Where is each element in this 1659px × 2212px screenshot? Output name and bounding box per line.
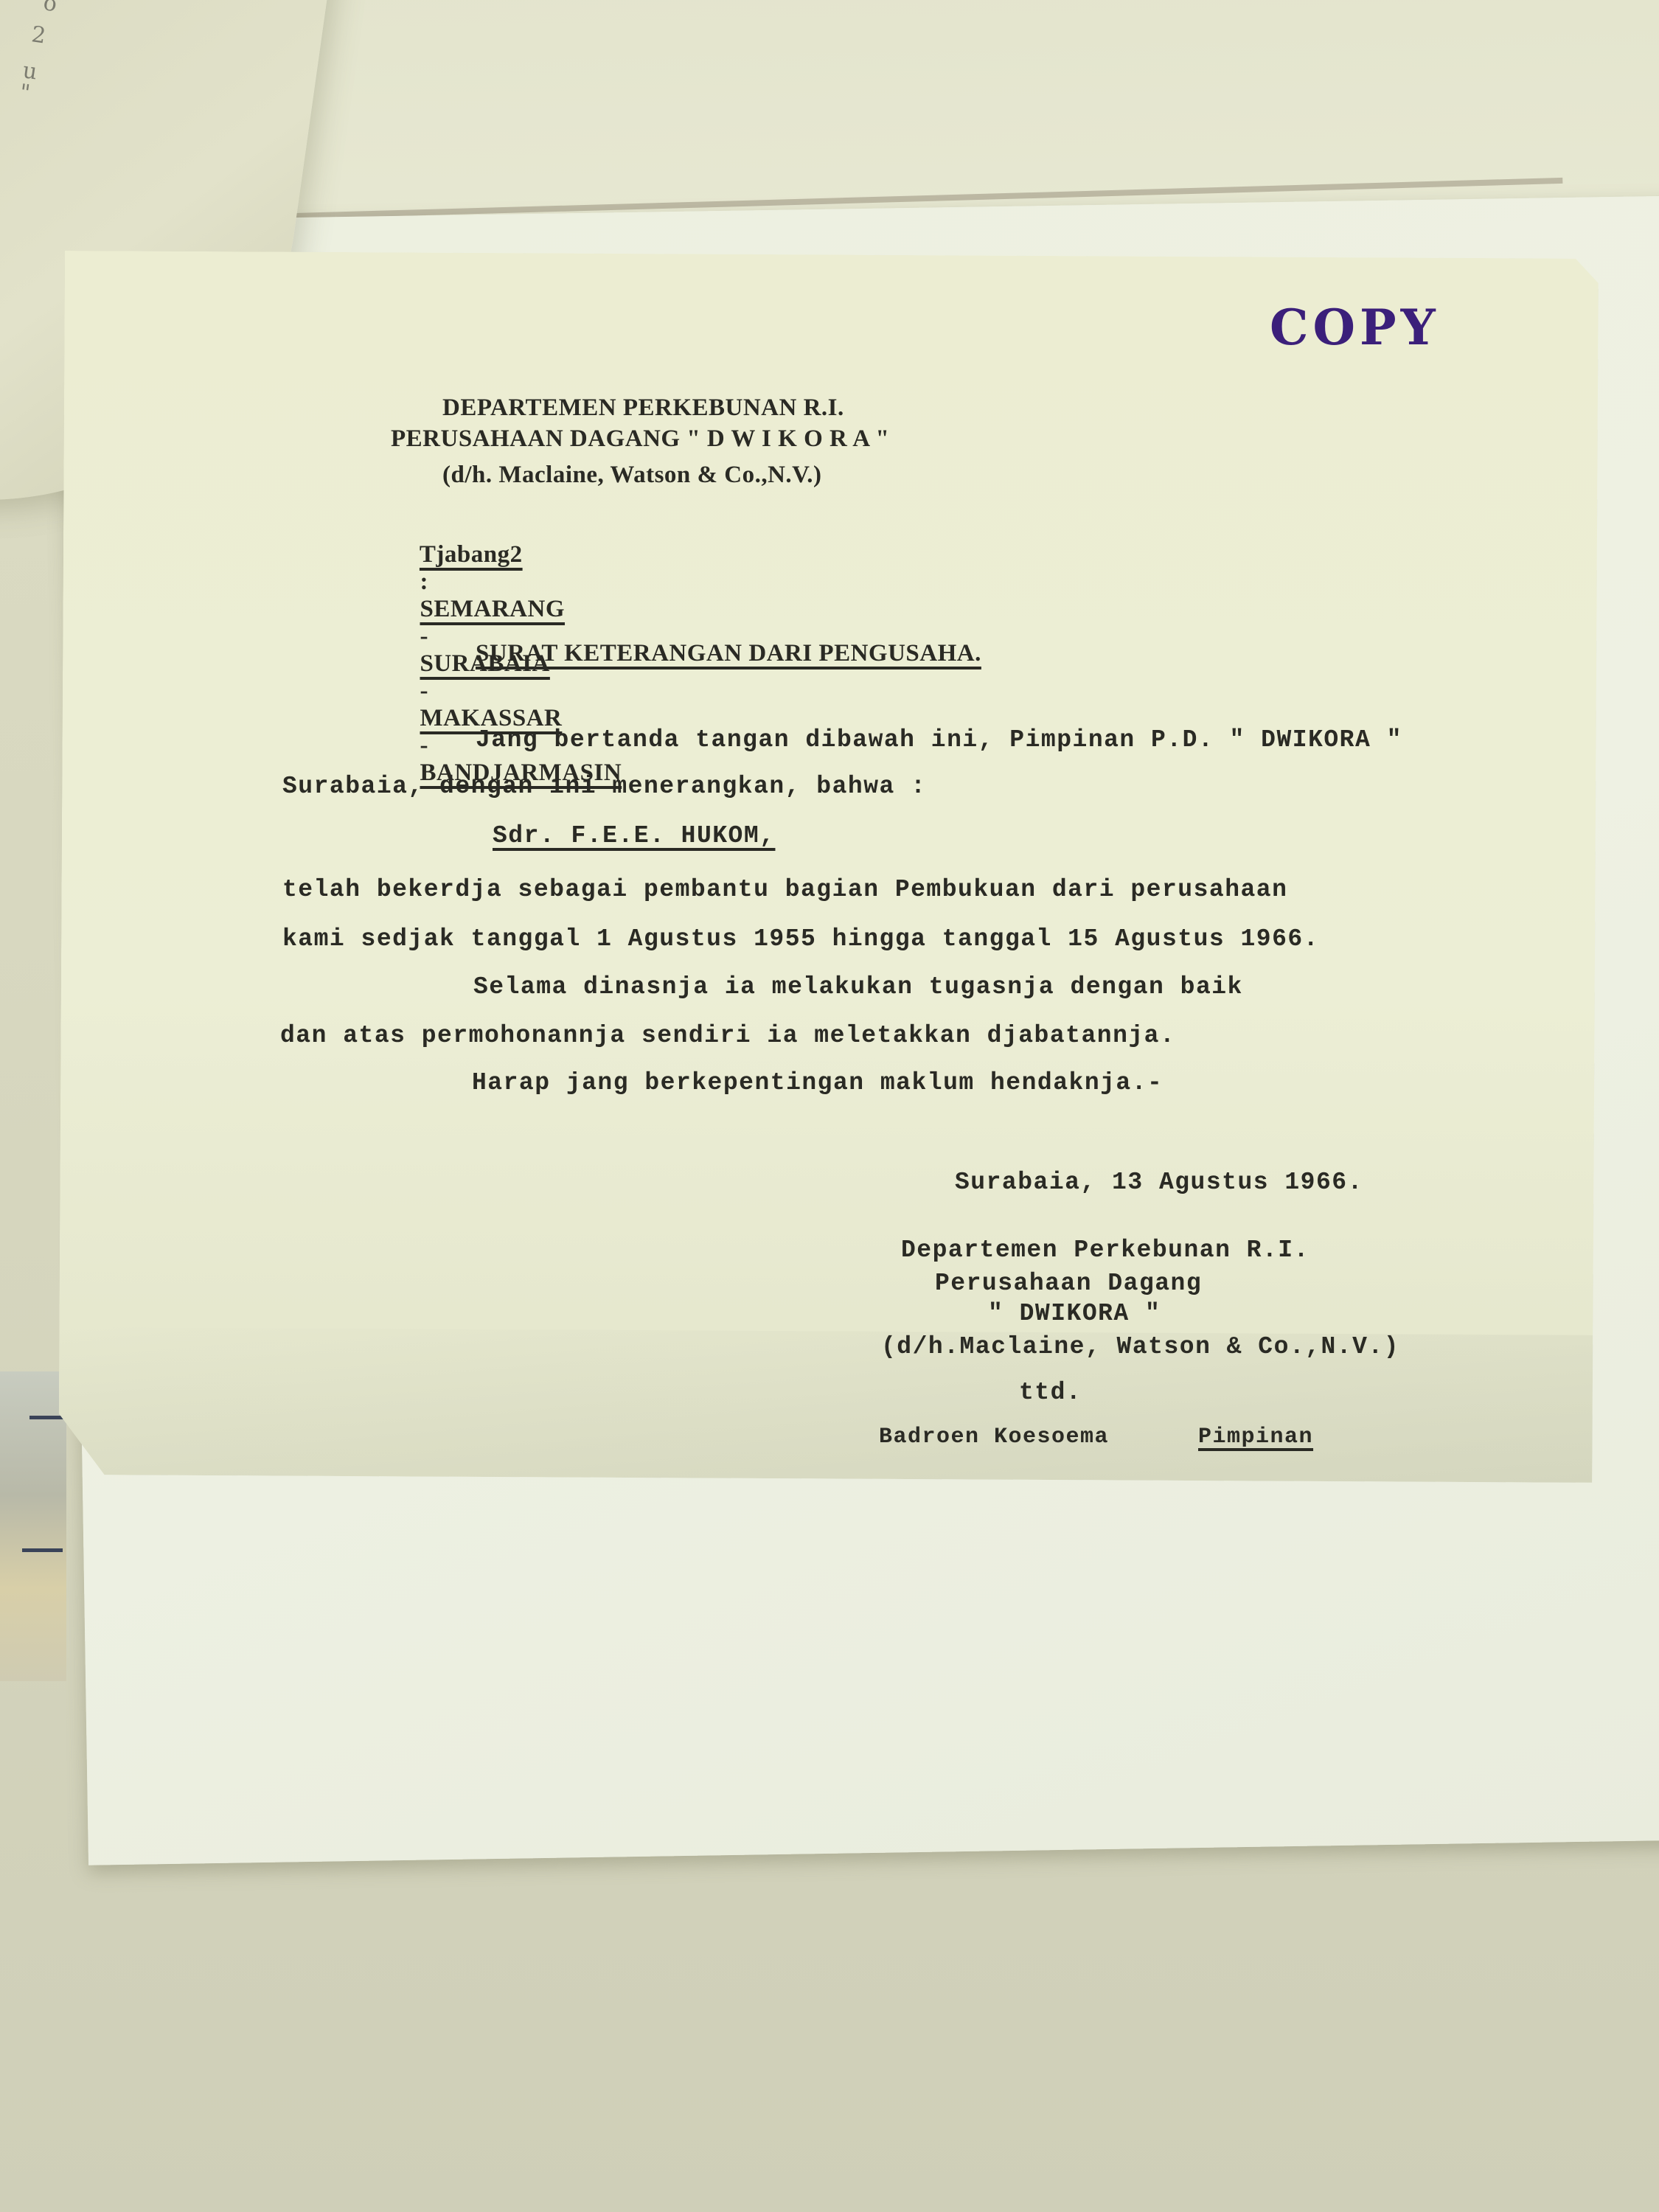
curl-mark: " <box>18 80 32 107</box>
left-paper-scrap <box>0 1371 66 1681</box>
signature-org-line-2: Perusahaan Dagang <box>935 1270 1202 1297</box>
signatory-position: Pimpinan <box>1198 1425 1313 1450</box>
document-title: SURAT KETERANGAN DARI PENGUSAHA. <box>476 640 981 667</box>
body-p2-line1: telah bekerdja sebagai pembantu bagian P… <box>282 876 1287 903</box>
signed-mark: ttd. <box>1019 1379 1082 1406</box>
body-p1-line1: Jang bertanda tangan dibawah ini, Pimpin… <box>476 726 1402 754</box>
branch-dash: - <box>420 678 429 704</box>
place-date: Surabaia, 13 Agustus 1966. <box>955 1169 1363 1196</box>
signature-org-line-4: (d/h.Maclaine, Watson & Co.,N.V.) <box>881 1333 1399 1360</box>
branch-semarang: SEMARANG <box>420 596 566 622</box>
branch-dash: - <box>420 623 429 650</box>
signature-org-line-1: Departemen Perkebunan R.I. <box>901 1237 1310 1264</box>
signatory-name: Badroen Koesoema <box>879 1425 1109 1450</box>
body-p2-line2: kami sedjak tanggal 1 Agustus 1955 hingg… <box>282 925 1319 953</box>
body-p3-line1: Selama dinasnja ia melakukan tugasnja de… <box>473 973 1243 1001</box>
letterhead-line-3: (d/h. Maclaine, Watson & Co.,N.V.) <box>442 462 821 489</box>
curl-mark: o <box>42 0 59 17</box>
body-p3-line2: dan atas permohonannja sendiri ia meleta… <box>280 1022 1175 1049</box>
branches-separator: : <box>420 568 429 595</box>
signature-org-line-3: " DWIKORA " <box>988 1300 1161 1327</box>
branches-label: Tjabang2 <box>420 541 523 568</box>
copy-stamp: COPY <box>1270 299 1440 356</box>
body-p4-line1: Harap jang berkepentingan maklum hendakn… <box>472 1069 1163 1096</box>
branch-dash: - <box>420 732 429 759</box>
curl-mark: 2 <box>29 21 47 49</box>
scrap-ink-mark <box>22 1548 63 1552</box>
letterhead-line-1: DEPARTEMEN PERKEBUNAN R.I. <box>442 394 844 422</box>
body-p1-line2: Surabaia, dengan ini menerangkan, bahwa … <box>282 773 926 800</box>
letterhead-line-2: PERUSAHAAN DAGANG " D W I K O R A " <box>391 425 889 453</box>
subject-name: Sdr. F.E.E. HUKOM, <box>493 822 775 849</box>
scrap-ink-mark <box>29 1416 66 1419</box>
